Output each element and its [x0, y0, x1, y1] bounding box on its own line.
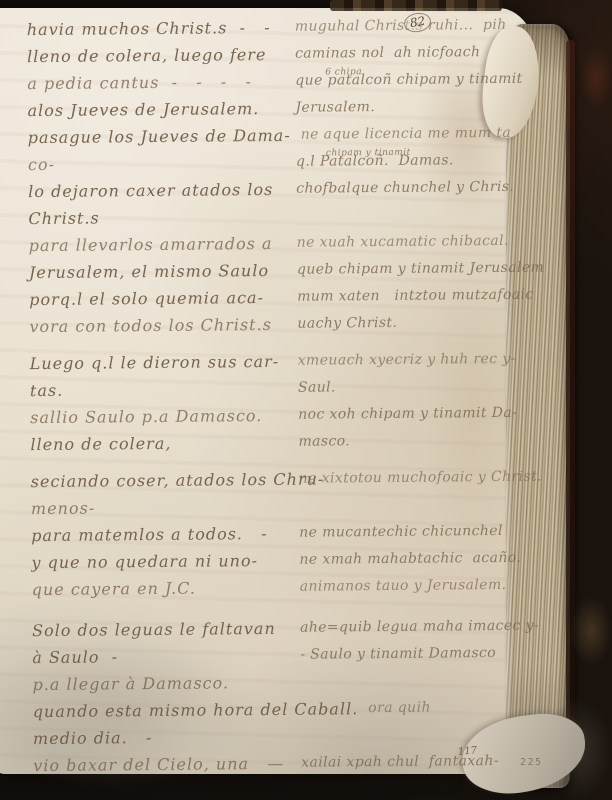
manuscript-translation-text: ne mucantechic chicunchel: [299, 518, 503, 547]
manuscript-translation-text: animanos tauo y Jerusalem.: [300, 572, 507, 601]
manuscript-translation-text: noc xoh chipam y tinamit Da-: [298, 400, 517, 429]
manuscript-translation-text: chofbalque chunchel y Chris.: [296, 174, 514, 203]
manuscript-translation-text: - Saulo y tinamit Damasco: [300, 640, 496, 669]
manuscript-spanish-text: Christ.s: [28, 203, 286, 232]
edge-stamp-number: 225: [520, 757, 543, 768]
manuscript-spanish-text: Luego q.l le dieron sus car-: [30, 348, 288, 377]
manuscript-spanish-text: medio dia. -: [33, 723, 291, 752]
interlinear-note: chipam y tinamit: [326, 140, 411, 168]
manuscript-spanish-text: à Saulo -: [32, 642, 290, 671]
manuscript-spanish-text: para llevarlos amarrados a: [29, 230, 287, 259]
manuscript-spanish-text: lleno de colera, luego fere: [27, 41, 285, 70]
manuscript-spanish-text: vio baxar del Cielo, una —: [33, 750, 291, 779]
manuscript-spanish-text: tas.: [30, 375, 288, 404]
manuscript-spanish-text: Solo dos leguas le faltavan: [32, 615, 290, 644]
manuscript-spanish-text: lleno de colera,: [30, 429, 288, 458]
manuscript-line: lleno de colera,masco.: [30, 427, 536, 458]
manuscript-translation-text: Saul.: [298, 374, 336, 401]
manuscript-translation-text: ora quih: [368, 695, 431, 723]
manuscript-spanish-text: a pedia cantus - - - -: [27, 68, 285, 97]
manuscript-translation-text: muguhal Christ.s ruhi... pih: [295, 12, 507, 41]
manuscript-translation-text: ahe=quib legua maha imacec y-: [300, 613, 539, 642]
manuscript-translation-text: ne xixtotou muchofoaic y Christ.: [299, 464, 542, 493]
manuscript-translation-text: ne xuah xucamatic chibacal.: [297, 228, 509, 257]
manuscript-translation-text: xmeuach xyecriz y huh rec y-: [298, 346, 516, 375]
cover-mottle: [580, 46, 612, 110]
manuscript-spanish-text: menos-: [31, 493, 289, 522]
manuscript-spanish-text: alos Jueves de Jerusalem.: [27, 95, 285, 124]
manuscript-spanish-text: p.a llegar à Damasco.: [32, 669, 290, 698]
manuscript-lines: havia muchos Christ.s - -muguhal Christ.…: [0, 8, 539, 780]
manuscript-spanish-text: lo dejaron caxer atados los: [28, 176, 286, 205]
page-bottom-number: 117: [458, 745, 478, 758]
manuscript-spanish-text: sallio Saulo p.a Damasco.: [30, 402, 288, 431]
manuscript-spanish-text: porq.l el solo quemia aca-: [29, 284, 287, 313]
manuscript-translation-text: Jerusalem.: [295, 94, 375, 122]
manuscript-line: que cayera en J.C.animanos tauo y Jerusa…: [32, 572, 538, 603]
manuscript-spanish-text: y que no quedara ni uno-: [31, 547, 289, 576]
manuscript-translation-text: queb chipam y tinamit Jerusalem: [297, 255, 545, 284]
photo-background: havia muchos Christ.s - -muguhal Christ.…: [0, 0, 612, 800]
manuscript-spanish-text: vora con todos los Christ.s: [29, 311, 287, 340]
manuscript-spanish-text: seciando coser, atados los Chru-: [31, 466, 289, 495]
manuscript-line: vora con todos los Christ.suachy Christ.: [29, 309, 535, 340]
manuscript-spanish-text: para matemlos a todos. -: [31, 520, 289, 549]
manuscript-spanish-text: co-: [28, 149, 286, 178]
manuscript-spanish-text: pasague los Jueves de Dama-: [28, 122, 291, 151]
manuscript-translation-text: ne xmah mahabtachic acaño.: [299, 545, 521, 574]
interlinear-note: 6 chipa: [325, 59, 362, 86]
manuscript-spanish-text: Jerusalem, el mismo Saulo: [29, 257, 287, 286]
manuscript-translation-text: uachy Christ.: [297, 310, 397, 338]
manuscript-spanish-text: quando esta mismo hora del Caball.: [33, 695, 359, 725]
book-cover-sliver: [566, 40, 575, 740]
manuscript-spanish-text: que cayera en J.C.: [32, 574, 290, 603]
manuscript-translation-text: masco.: [298, 428, 350, 455]
manuscript-translation-text: mum xaten intztou mutzafoaic: [297, 282, 534, 311]
manuscript-translation-text: caminas nol ah nicfoach: [295, 39, 481, 68]
cover-mottle: [570, 596, 612, 666]
manuscript-spanish-text: havia muchos Christ.s - -: [27, 14, 285, 43]
